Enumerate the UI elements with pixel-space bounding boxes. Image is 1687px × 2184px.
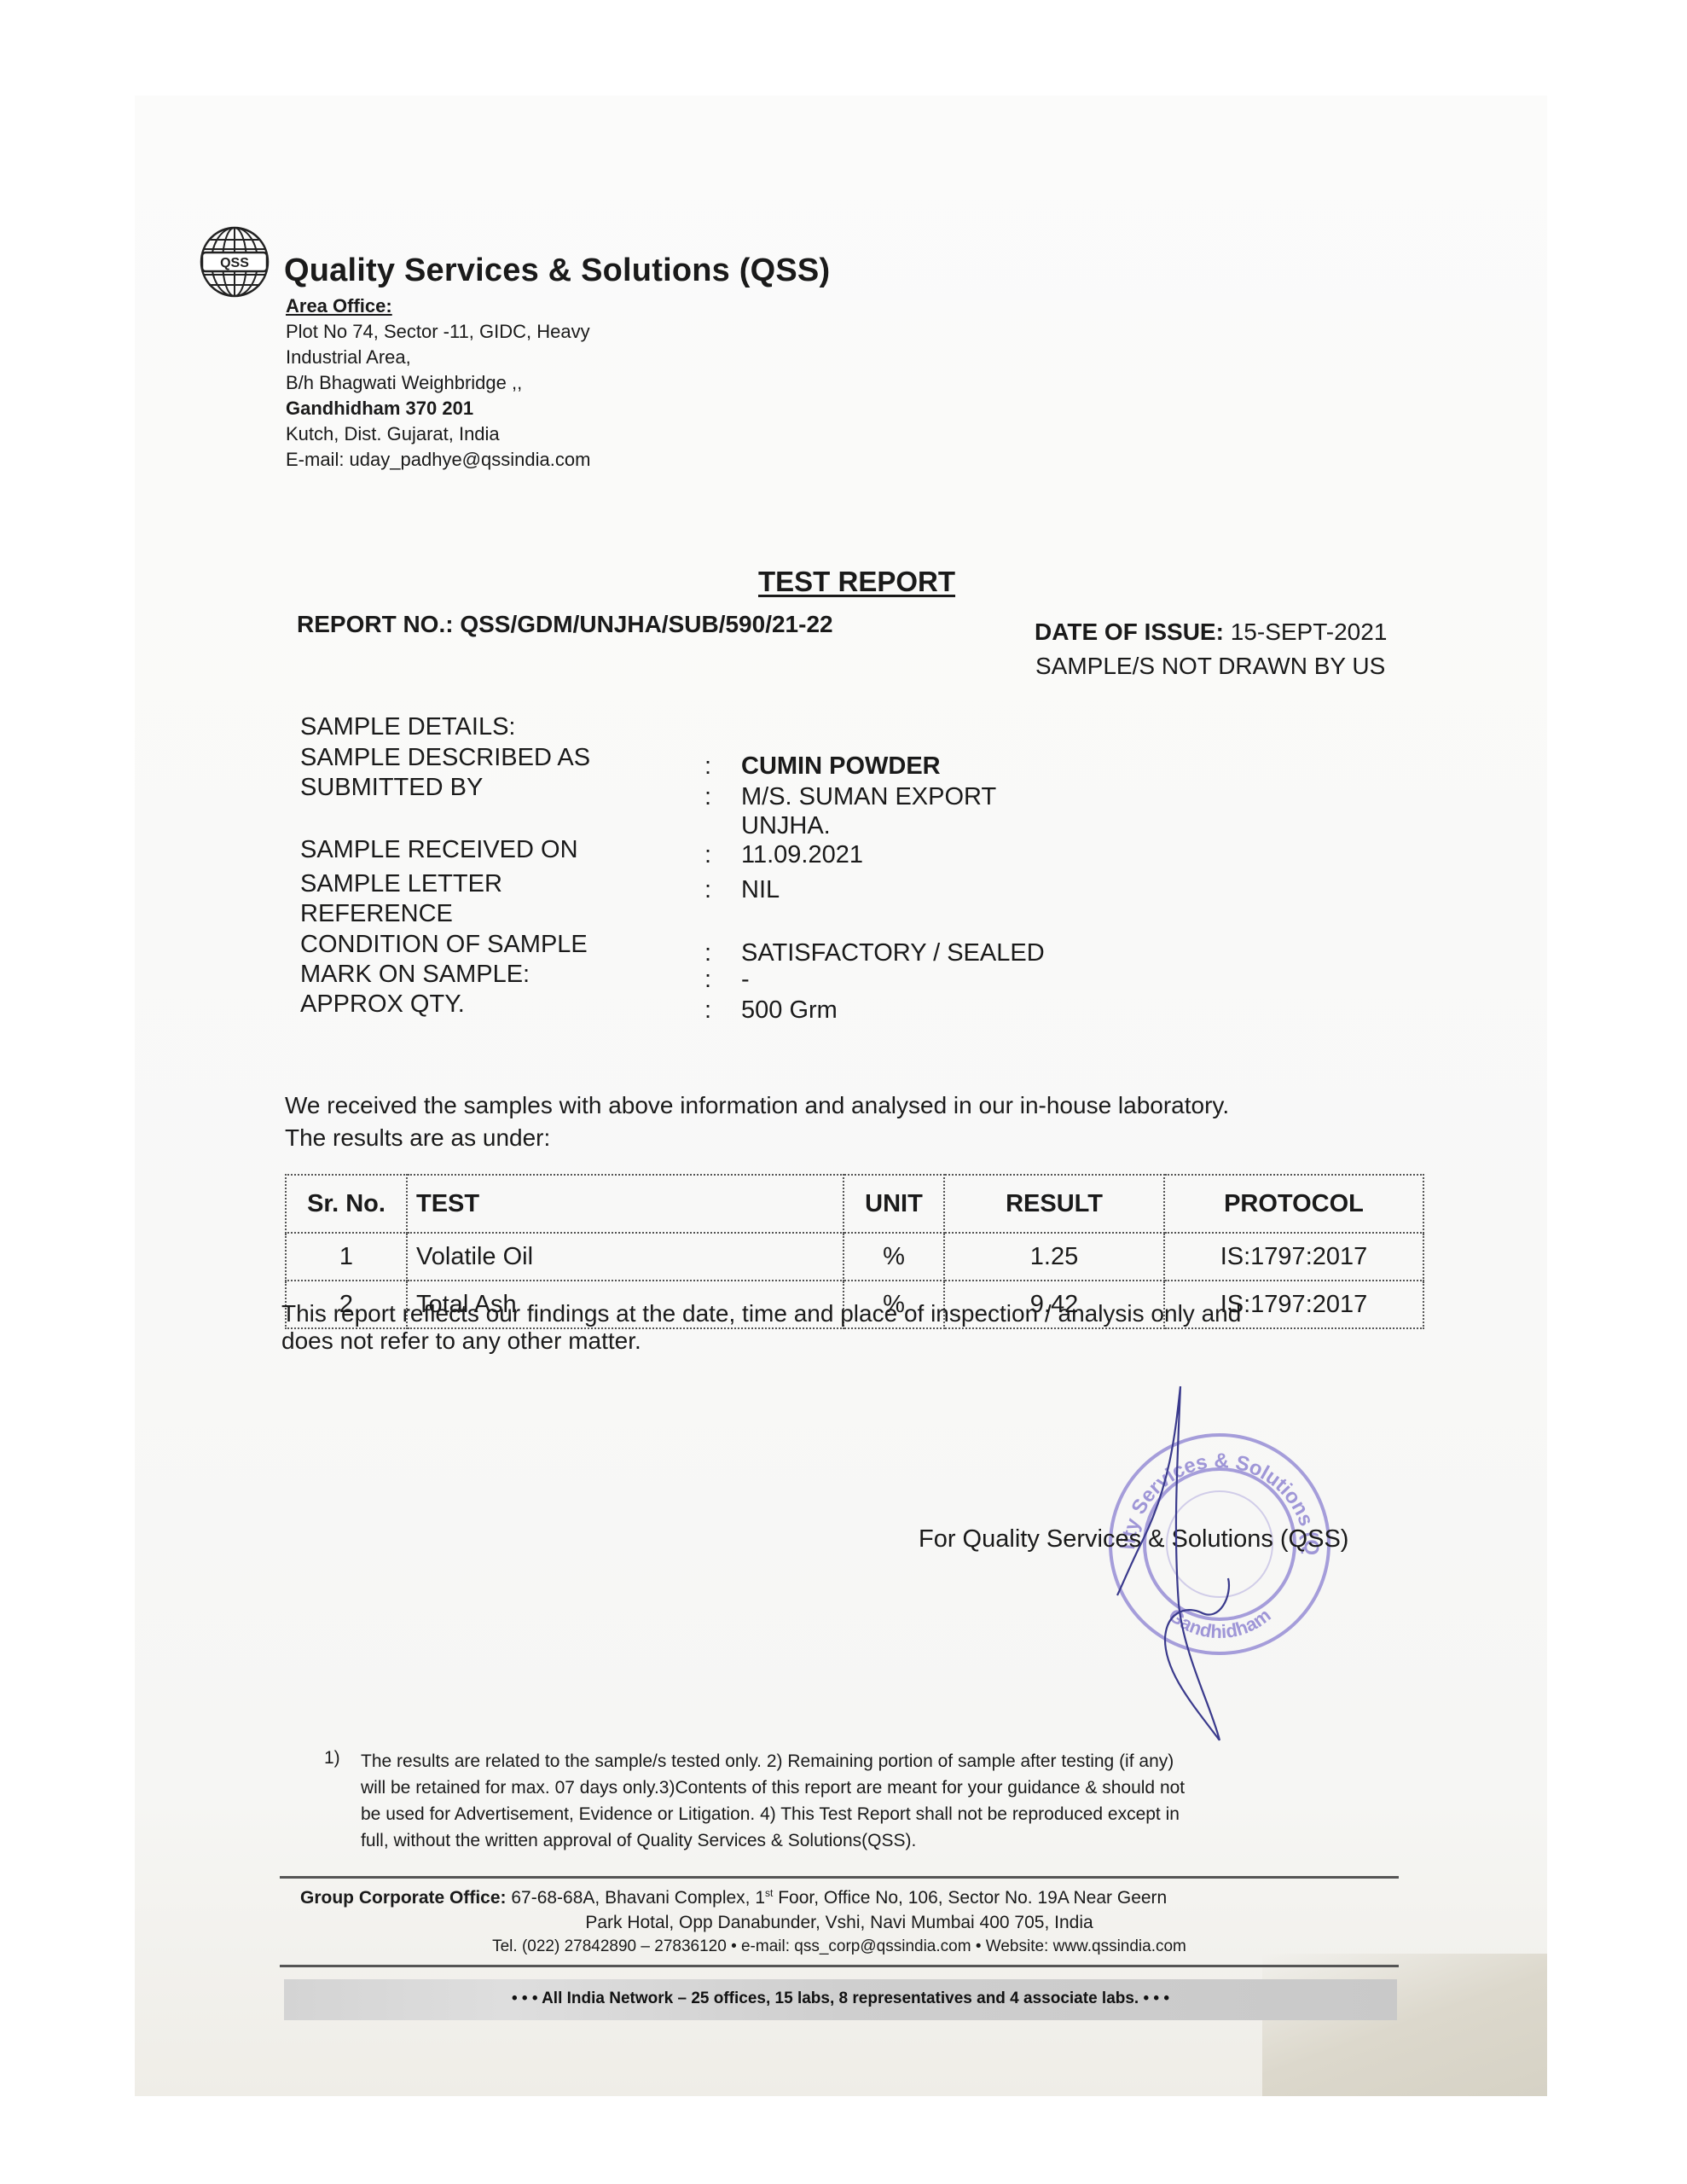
corporate-office-label: Group Corporate Office: [300, 1888, 507, 1908]
svg-text:QSS: QSS [220, 256, 249, 270]
address-email: E-mail: uday_padhye@qssindia.com [286, 447, 590, 473]
detail-separator: : [704, 841, 711, 869]
footer-divider [280, 1965, 1399, 1967]
detail-value-sample-description: CUMIN POWDER [741, 752, 941, 781]
detail-label: SAMPLE RECEIVED ON [300, 836, 578, 864]
col-test: TEST [407, 1175, 843, 1233]
detail-label-cont: REFERENCE [300, 900, 453, 928]
date-of-issue-label: DATE OF ISSUE: [1035, 619, 1224, 645]
disclaimer: This report reflects our findings at the… [281, 1300, 1241, 1327]
footer-divider [280, 1876, 1399, 1879]
detail-value-mark: - [741, 966, 750, 994]
ordinal-suffix: st [765, 1887, 773, 1899]
detail-label: SAMPLE LETTER [300, 870, 502, 898]
detail-value-condition: SATISFACTORY / SEALED [741, 939, 1045, 967]
area-office-label: Area Office: [286, 295, 392, 317]
qss-globe-logo-icon: QSS [199, 225, 270, 299]
detail-label: SAMPLE DESCRIBED AS [300, 744, 590, 772]
note-line: will be retained for max. 07 days only.3… [361, 1774, 1185, 1801]
network-text: • • • All India Network – 25 offices, 15… [284, 1989, 1397, 2008]
corporate-address-line2: Park Hotal, Opp Danabunder, Vshi, Navi M… [0, 1913, 1687, 1933]
table-header-row: Sr. No. TEST UNIT RESULT PROTOCOL [286, 1175, 1423, 1233]
address-line: B/h Bhagwati Weighbridge ,, [286, 370, 522, 396]
sample-not-drawn-note: SAMPLE/S NOT DRAWN BY US [1035, 653, 1385, 680]
note-line: be used for Advertisement, Evidence or L… [361, 1801, 1180, 1827]
detail-label: APPROX QTY. [300, 990, 465, 1019]
report-number: REPORT NO.: QSS/GDM/UNJHA/SUB/590/21-22 [297, 611, 833, 638]
sample-details-heading: SAMPLE DETAILS: [300, 713, 516, 741]
results-intro-2: The results are as under: [285, 1124, 550, 1152]
detail-separator: : [704, 752, 711, 781]
contact-text: Tel. (022) 27842890 – 27836120 • e-mail:… [492, 1937, 1186, 1955]
corporate-office-address: Group Corporate Office: 67-68-68A, Bhava… [300, 1887, 1167, 1908]
detail-label: CONDITION OF SAMPLE [300, 931, 588, 959]
signature-icon [1092, 1382, 1313, 1749]
cell-test: Volatile Oil [407, 1233, 843, 1281]
col-protocol: PROTOCOL [1164, 1175, 1423, 1233]
detail-value-submitted-by: M/S. SUMAN EXPORT [741, 783, 996, 811]
detail-value-approx-qty: 500 Grm [741, 996, 838, 1025]
corporate-address-part: Foor, Office No, 106, Sector No. 19A Nea… [773, 1888, 1167, 1908]
col-unit: UNIT [843, 1175, 944, 1233]
notes-number: 1) [324, 1748, 340, 1769]
note-line: full, without the written approval of Qu… [361, 1827, 916, 1854]
network-banner: • • • All India Network – 25 offices, 15… [284, 1979, 1397, 2020]
page-shadow [1262, 1954, 1547, 2096]
address-line: Plot No 74, Sector -11, GIDC, Heavy [286, 319, 590, 345]
col-result: RESULT [944, 1175, 1164, 1233]
corporate-contact-line: Tel. (022) 27842890 – 27836120 • e-mail:… [0, 1937, 1687, 1956]
col-sr-no: Sr. No. [286, 1175, 407, 1233]
date-of-issue-value: 15-SEPT-2021 [1231, 619, 1388, 645]
cell-protocol: IS:1797:2017 [1164, 1233, 1423, 1281]
results-intro: We received the samples with above infor… [285, 1092, 1229, 1119]
note-line: The results are related to the sample/s … [361, 1748, 1174, 1774]
cell-result: 1.25 [944, 1233, 1164, 1281]
date-of-issue: DATE OF ISSUE: 15-SEPT-2021 [1035, 619, 1387, 646]
detail-separator: : [704, 783, 711, 811]
cell-unit: % [843, 1233, 944, 1281]
table-row: 1 Volatile Oil % 1.25 IS:1797:2017 [286, 1233, 1423, 1281]
detail-label: MARK ON SAMPLE: [300, 961, 530, 989]
detail-separator: : [704, 876, 711, 904]
corporate-address-text: Park Hotal, Opp Danabunder, Vshi, Navi M… [585, 1913, 1093, 1932]
address-city: Gandhidham 370 201 [286, 396, 473, 421]
detail-value-submitted-by-city: UNJHA. [741, 812, 831, 840]
detail-separator: : [704, 939, 711, 967]
detail-value-received-on: 11.09.2021 [741, 841, 863, 869]
company-name: Quality Services & Solutions (QSS) [284, 253, 830, 289]
disclaimer-2: does not refer to any other matter. [281, 1327, 641, 1355]
address-line: Kutch, Dist. Gujarat, India [286, 421, 500, 447]
detail-value-letter-reference: NIL [741, 876, 780, 904]
detail-separator: : [704, 966, 711, 994]
detail-label: SUBMITTED BY [300, 774, 483, 802]
report-title: TEST REPORT [758, 566, 955, 598]
detail-separator: : [704, 996, 711, 1025]
address-line: Industrial Area, [286, 345, 411, 370]
corporate-address-part: 67-68-68A, Bhavani Complex, 1 [507, 1888, 766, 1908]
cell-sr: 1 [286, 1233, 407, 1281]
